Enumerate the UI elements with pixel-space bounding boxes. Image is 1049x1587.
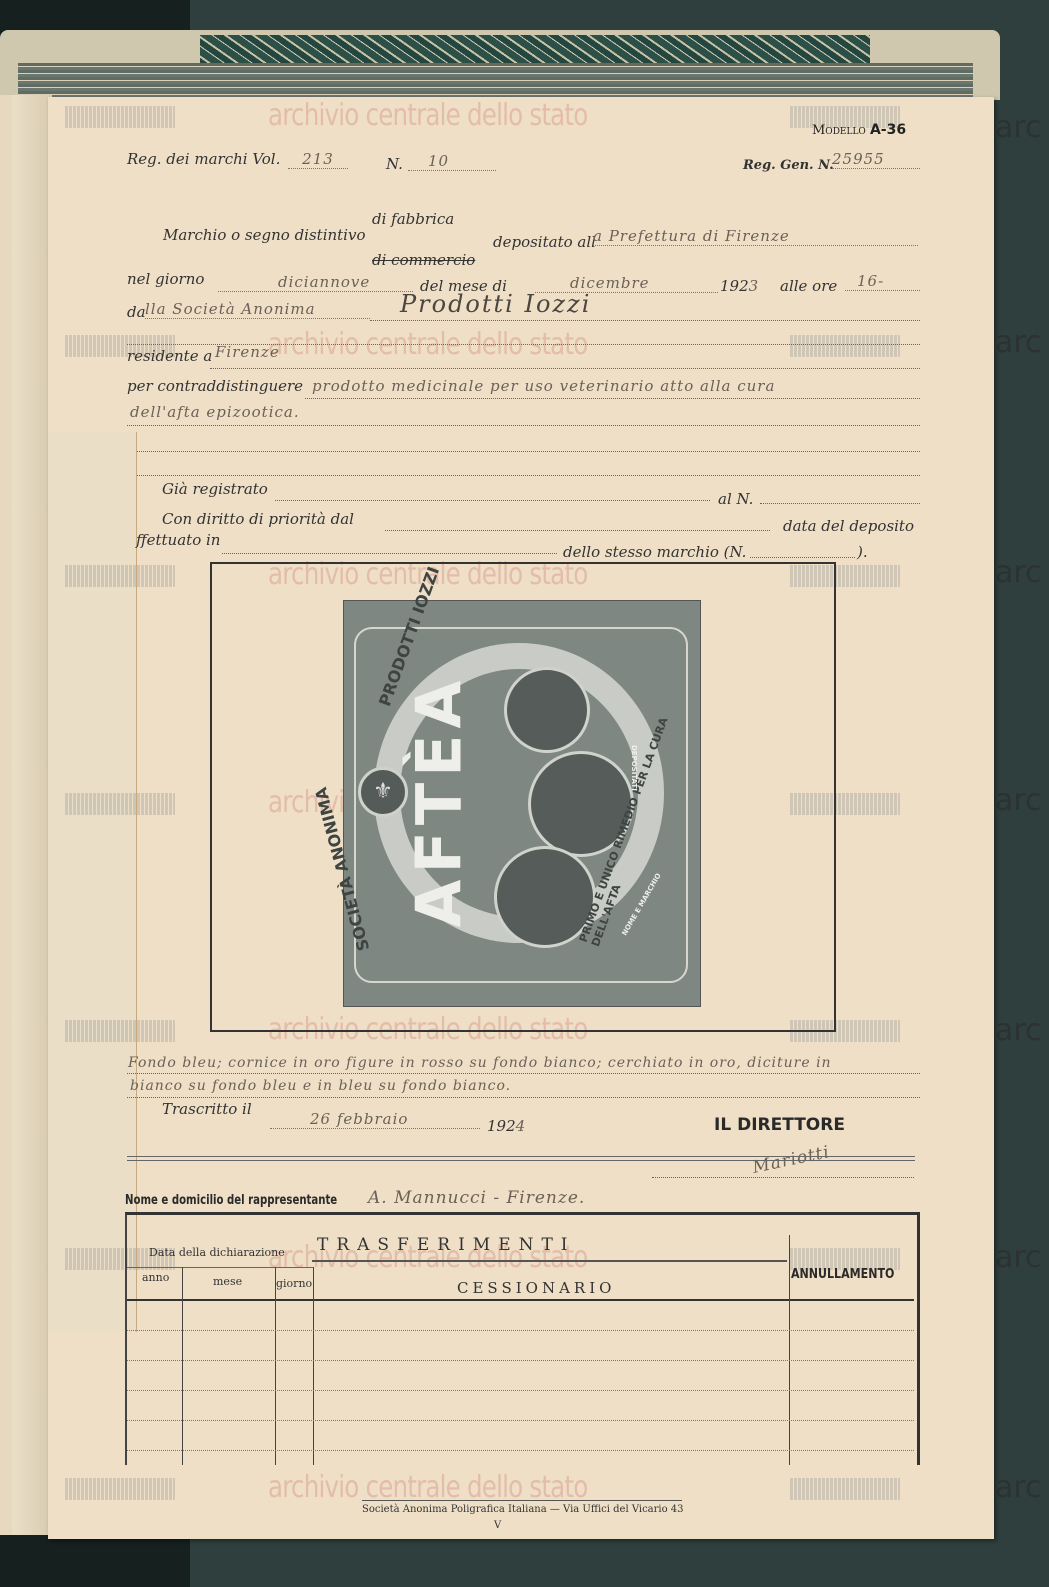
fleur-de-lis-icon: ⚜ (358, 767, 408, 817)
priorita-field (385, 530, 770, 531)
reg-marchi-vol: 213 (288, 150, 348, 169)
trademark-label-image: ⚜ AFTÈA PRODOTTI IOZZI SOCIETÀ ANONIMA P… (343, 600, 701, 1007)
giorno-label: nel giorno (127, 270, 204, 288)
model-code: Modello A-36 (812, 122, 906, 138)
watermark-logo (65, 793, 175, 815)
fill-line (127, 1073, 920, 1074)
watermark: archivio centrale dello stato (268, 98, 587, 133)
reg-gen-label: Reg. Gen. N. (743, 158, 834, 173)
table-row (127, 1330, 914, 1331)
watermark-side: arc (995, 783, 1042, 818)
al-n-field (760, 503, 920, 504)
year-prefix: 192 (487, 1117, 516, 1135)
column-giorno: giorno (276, 1277, 312, 1290)
trascritto-date: 26 febbraio (270, 1110, 480, 1129)
printer-credit: Società Anonima Poligrafica Italiana — V… (362, 1504, 684, 1515)
col-divider (313, 1267, 314, 1465)
effettuato-field (222, 553, 557, 554)
trascritto-label: Trascritto il (162, 1100, 252, 1118)
model-label: Modello (812, 123, 866, 138)
watermark-side: arc (995, 1470, 1042, 1505)
watermark-logo (65, 1478, 175, 1500)
marchio-label: Marchio o segno distintivo (163, 226, 365, 244)
year-prefix: 192 (720, 277, 749, 295)
fill-line (305, 398, 920, 399)
description-line2: bianco su fondo bleu e in bleu su fondo … (130, 1078, 511, 1094)
watermark-logo (65, 106, 175, 128)
title-underline (312, 1260, 787, 1262)
data-deposito-label: data del deposito (783, 517, 914, 535)
representative-label: Nome e domicilio del rappresentante (125, 1193, 337, 1208)
table-row (127, 1360, 914, 1361)
footer-rule (362, 1500, 682, 1501)
da-value: lla Società Anonima (145, 300, 370, 319)
effettuato-label: ffettuato in (136, 531, 220, 549)
watermark-logo (65, 565, 175, 587)
column-anno: anno (142, 1271, 169, 1284)
col-divider (789, 1235, 790, 1465)
depositati-text: DEPOSITATI (630, 745, 638, 791)
ore-value: 16- (845, 272, 920, 291)
residente-label: residente a (127, 347, 212, 365)
year-suffix: 4 (516, 1117, 527, 1135)
page-edges (18, 63, 973, 97)
watermark-side: arc (995, 1240, 1042, 1275)
section-divider (127, 1156, 915, 1161)
ore-label: alle ore (780, 277, 837, 295)
director-label: IL DIRETTORE (714, 1115, 845, 1135)
watermark-logo (790, 1478, 900, 1500)
fill-line (137, 475, 920, 476)
gia-registrato-field (275, 500, 710, 501)
date-group-divider (127, 1267, 313, 1268)
stesso-marchio-field (750, 557, 855, 558)
year-field: 1923 (720, 277, 759, 295)
table-row (127, 1420, 914, 1421)
footer-mark: V (494, 1520, 501, 1531)
watermark-side: arc (995, 555, 1042, 590)
stesso-marchio-label: dello stesso marchio (N. (563, 543, 746, 561)
depositato-label: depositato all (493, 233, 596, 251)
transfers-title: TRASFERIMENTI (317, 1235, 576, 1255)
marbled-spine-label (200, 35, 870, 65)
fill-line (370, 320, 920, 321)
watermark-logo (790, 335, 900, 357)
giorno-value: diciannove (218, 273, 413, 292)
table-row (127, 1390, 914, 1391)
reg-gen-number: 25955 (832, 150, 920, 169)
signature-line (652, 1177, 914, 1178)
fill-line (127, 425, 920, 426)
watermark-side: arc (995, 110, 1042, 145)
commercio-label: di commercio (372, 251, 475, 269)
watermark-logo (65, 1020, 175, 1042)
fill-line (127, 1097, 920, 1098)
number-label: N. (386, 155, 403, 173)
fabbrica-label: di fabbrica (372, 210, 454, 228)
representative-value: A. Mannucci - Firenze. (368, 1188, 585, 1208)
previous-page-shadow (12, 95, 52, 1535)
column-mese: mese (213, 1275, 242, 1288)
residente-value: Firenze (215, 343, 280, 361)
col-divider (182, 1267, 183, 1465)
fill-line (137, 451, 920, 452)
figure-circle-top (504, 667, 590, 753)
stesso-marchio-close: ). (857, 543, 868, 561)
date-group-label: Data della dichiarazione (149, 1246, 285, 1259)
reg-number: 10 (408, 152, 496, 171)
trascritto-year: 1924 (487, 1117, 526, 1135)
priorita-label: Con diritto di priorità dal (162, 510, 354, 528)
year-suffix: 3 (749, 277, 760, 295)
da-label: da (127, 303, 146, 321)
depositato-value: a Prefettura di Firenze (593, 227, 918, 246)
col-divider (275, 1267, 276, 1465)
contraddistinguere-value-line1: prodotto medicinale per uso veterinario … (312, 377, 775, 395)
watermark-side: arc (995, 1013, 1042, 1048)
model-number: A-36 (870, 122, 906, 138)
reg-marchi-label: Reg. dei marchi Vol. (127, 150, 280, 168)
column-annullamento: ANNULLAMENTO (791, 1267, 894, 1282)
company-name: Prodotti Iozzi (400, 290, 591, 318)
fill-line (210, 368, 920, 369)
description-line1: Fondo bleu; cornice in oro figure in ros… (128, 1055, 832, 1071)
column-cessionario: CESSIONARIO (457, 1279, 615, 1297)
table-row (127, 1450, 914, 1451)
brand-name: AFTÈA (403, 708, 476, 928)
header-divider (127, 1299, 914, 1301)
contraddistinguere-label: per contraddistinguere (127, 377, 303, 395)
watermark-side: arc (995, 325, 1042, 360)
gia-registrato-label: Già registrato (162, 480, 268, 498)
transfers-table: TRASFERIMENTI Data della dichiarazione a… (125, 1212, 920, 1465)
contraddistinguere-value-line2: dell'afta epizootica. (130, 403, 300, 421)
al-n-label: al N. (718, 490, 753, 508)
